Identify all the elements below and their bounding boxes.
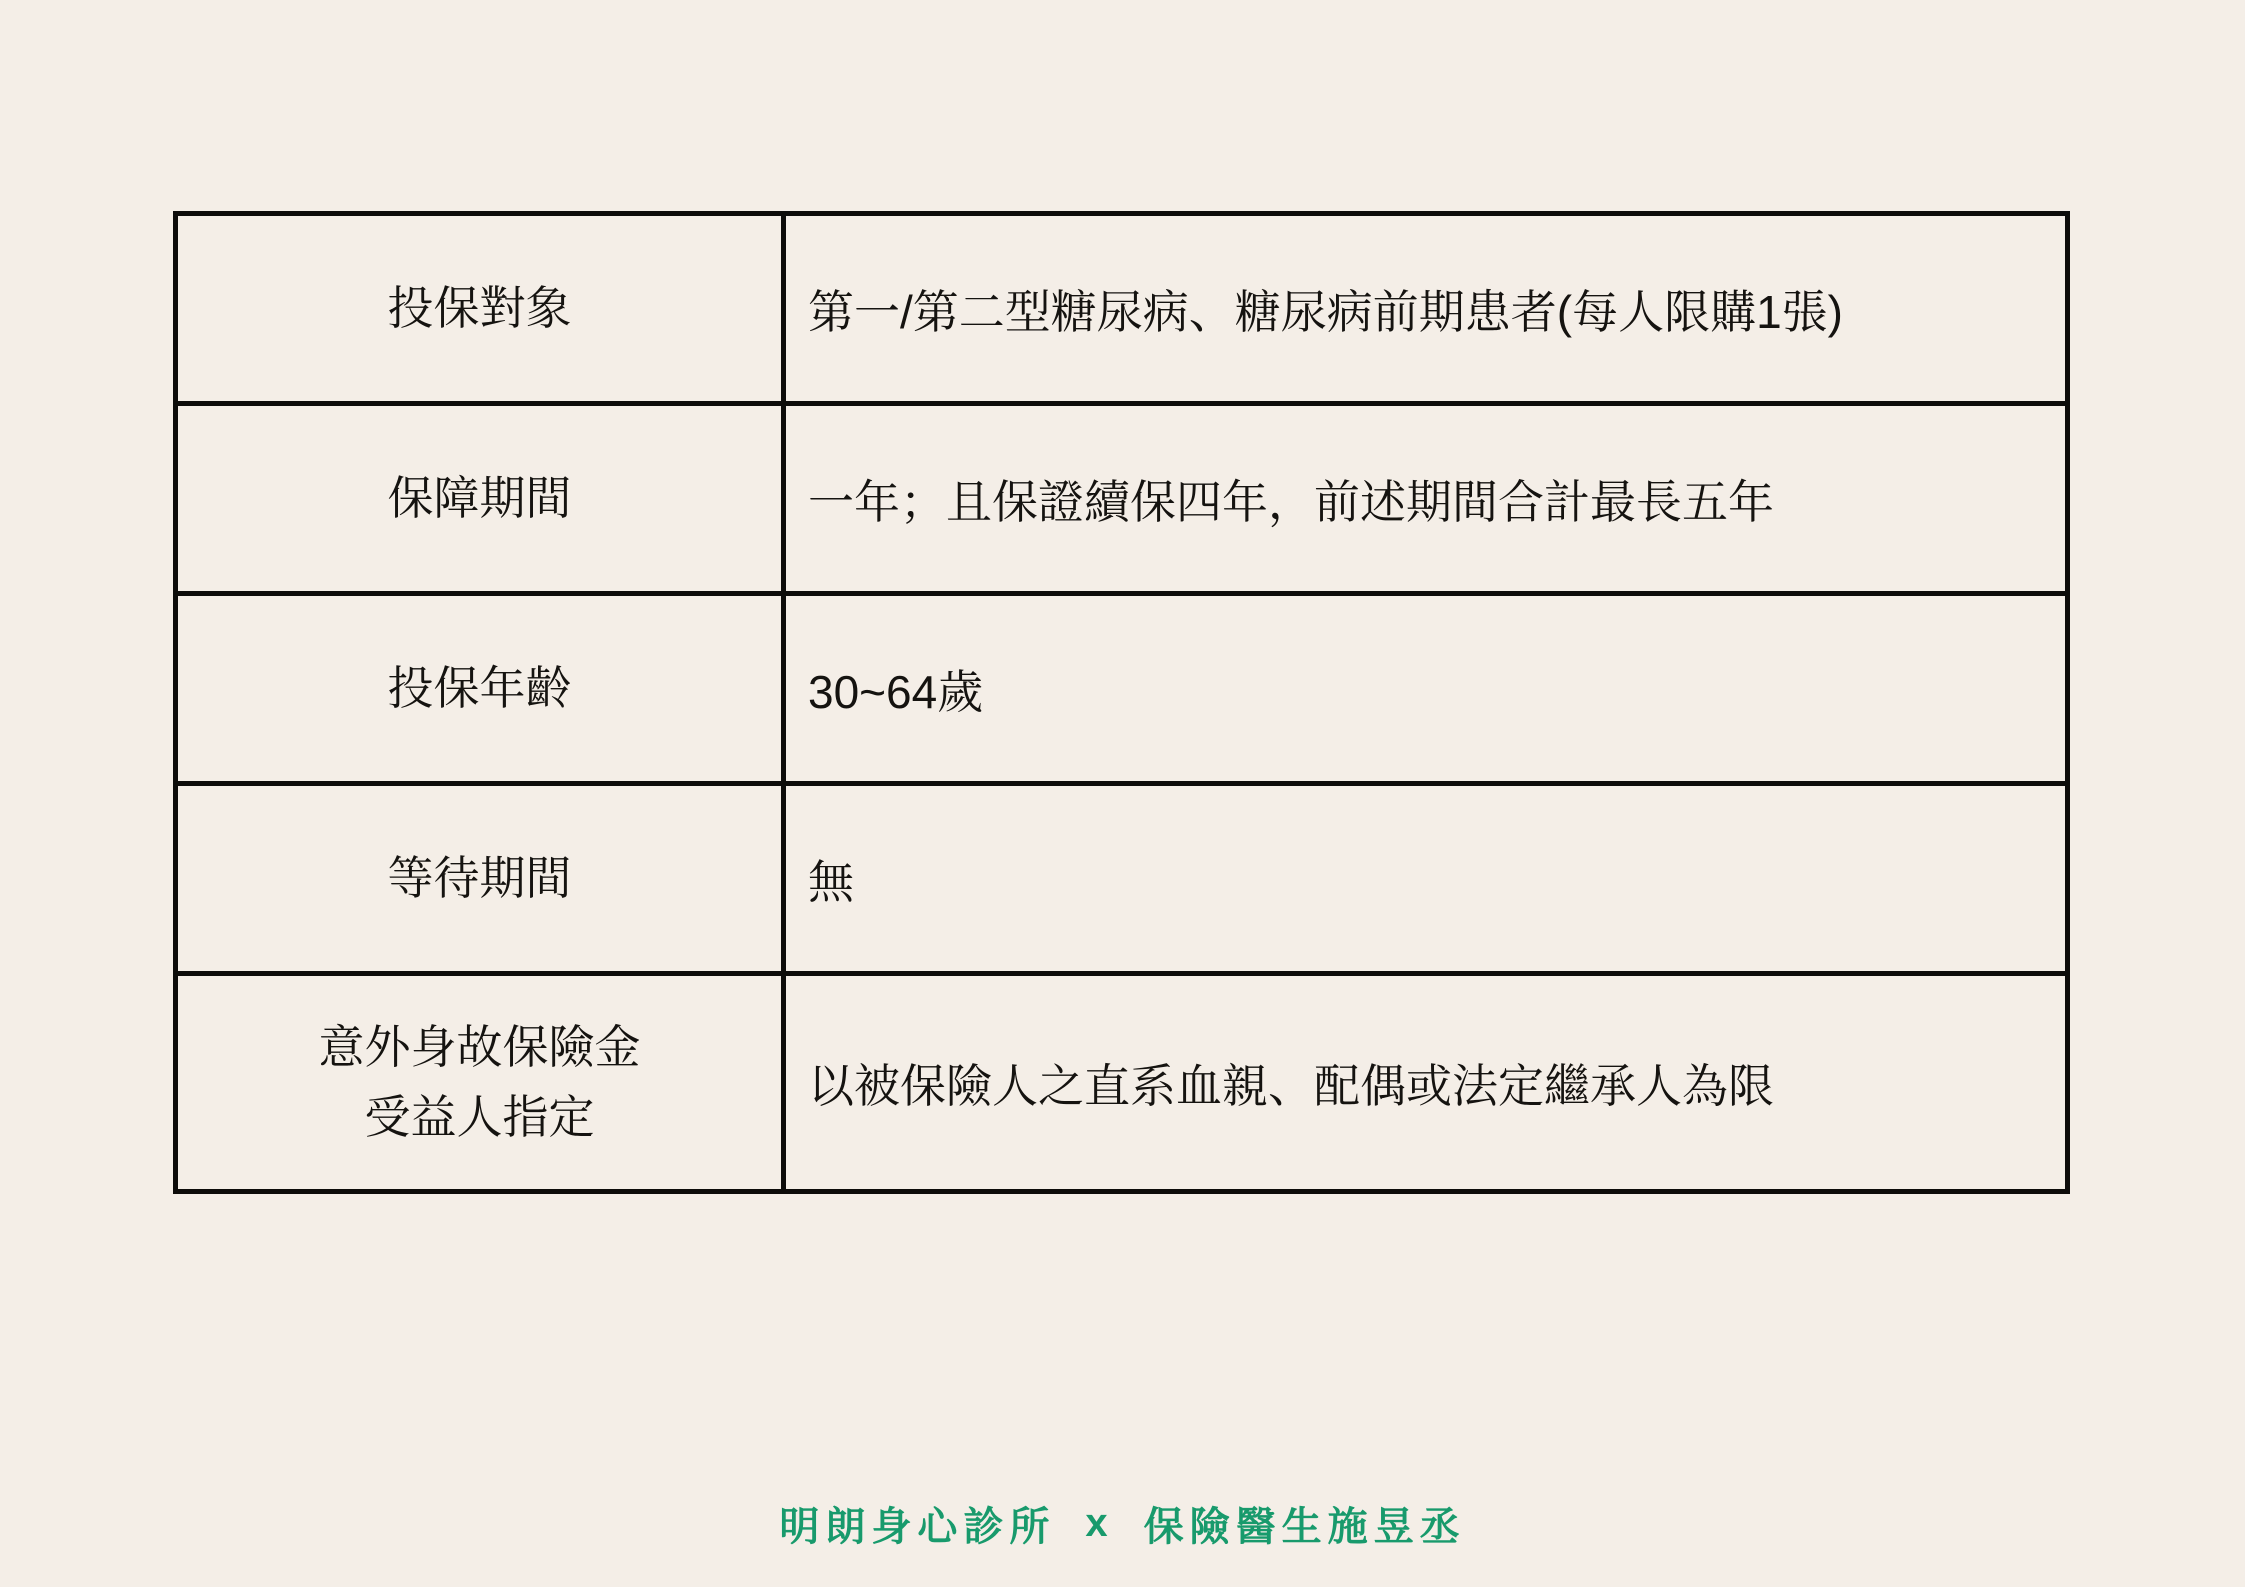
row-value-insured-target: 第一/第二型糖尿病、糖尿病前期患者(每人限購1張): [784, 214, 2068, 404]
table-row-insured-target: 投保對象 第一/第二型糖尿病、糖尿病前期患者(每人限購1張): [176, 214, 2068, 404]
row-value-coverage-period: 一年；且保證續保四年，前述期間合計最長五年: [784, 404, 2068, 594]
row-label-coverage-period: 保障期間: [176, 404, 784, 594]
clinic-name: 明朗身心診所: [779, 1495, 1055, 1552]
row-value-insured-age: 30~64歲: [784, 594, 2068, 784]
row-label-insured-age: 投保年齡: [176, 594, 784, 784]
page-background: 投保對象 第一/第二型糖尿病、糖尿病前期患者(每人限購1張) 保障期間 一年；且…: [0, 0, 2245, 1587]
footer-branding: 明朗身心診所 x 保險醫生施昱丞: [0, 1488, 2245, 1558]
row-value-waiting-period: 無: [784, 784, 2068, 974]
doctor-name: 保險醫生施昱丞: [1144, 1495, 1466, 1552]
x-separator: x: [1085, 1501, 1113, 1546]
policy-summary-table: 投保對象 第一/第二型糖尿病、糖尿病前期患者(每人限購1張) 保障期間 一年；且…: [173, 211, 2070, 1194]
row-label-waiting-period: 等待期間: [176, 784, 784, 974]
row-label-beneficiary: 意外身故保險金 受益人指定: [176, 974, 784, 1192]
row-label-insured-target: 投保對象: [176, 214, 784, 404]
table-row-insured-age: 投保年齡 30~64歲: [176, 594, 2068, 784]
table-row-waiting-period: 等待期間 無: [176, 784, 2068, 974]
row-value-beneficiary: 以被保險人之直系血親、配偶或法定繼承人為限: [784, 974, 2068, 1192]
table-row-beneficiary: 意外身故保險金 受益人指定 以被保險人之直系血親、配偶或法定繼承人為限: [176, 974, 2068, 1192]
table-row-coverage-period: 保障期間 一年；且保證續保四年，前述期間合計最長五年: [176, 404, 2068, 594]
